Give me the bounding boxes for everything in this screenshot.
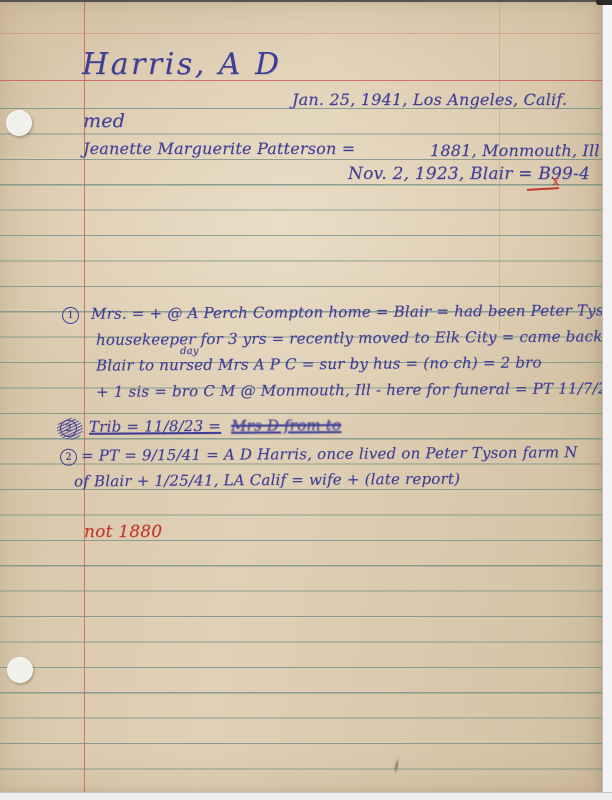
note-3-line-1: 2= PT = 9/15/41 = A D Harris, once lived…	[60, 443, 578, 466]
note-3-text-1: = PT = 9/15/41 = A D Harris, once lived …	[81, 443, 578, 464]
note-3-line-2: of Blair + 1/25/41, LA Calif = wife + (l…	[74, 470, 460, 491]
spouse-name-line: Jeanette Marguerite Patterson =	[83, 139, 355, 158]
spouse-birth-line: 1881, Monmouth, Ill	[430, 141, 600, 160]
scan-edge-right	[602, 0, 612, 800]
note-1-line-1: 1Mrs. = + @ A Perch Compton home = Blair…	[62, 301, 612, 324]
note-1-marker: 1	[62, 307, 79, 324]
death-date-line: Jan. 25, 1941, Los Angeles, Calif.	[292, 90, 567, 109]
note-1-insertion: day	[180, 346, 199, 357]
note-1-text-1: Mrs. = + @ A Perch Compton home = Blair …	[91, 301, 612, 323]
note-2-struck-text: Mrs D from to	[231, 416, 341, 435]
note-2-marker-scribbled: 2	[60, 420, 77, 437]
surname-heading: Harris, A D	[82, 47, 282, 82]
scan-corner-mark	[596, 0, 612, 5]
top-red-rule-faint	[0, 33, 602, 34]
note-3-marker: 2	[60, 449, 77, 466]
scan-edge-top	[0, 0, 612, 2]
hole-punch-top	[6, 110, 32, 136]
note-1-line-4: + 1 sis = bro C M @ Monmouth, Ill - here…	[96, 379, 612, 401]
scanned-ledger-page: Harris, A D Jan. 25, 1941, Los Angeles, …	[0, 0, 612, 800]
note-2-line: 2Trib = 11/8/23 =Mrs D from to	[60, 416, 341, 437]
note-2-source: Trib = 11/8/23 =	[89, 417, 221, 436]
red-correction-note: not 1880	[84, 522, 162, 542]
hole-punch-bottom	[7, 657, 33, 683]
married-label: med	[83, 110, 125, 132]
note-1-line-2: housekeeper for 3 yrs = recently moved t…	[96, 327, 612, 349]
scan-edge-bottom	[0, 792, 612, 800]
note-1-line-3: Blair to nursed Mrs A P C = sur by hus =…	[96, 353, 542, 374]
